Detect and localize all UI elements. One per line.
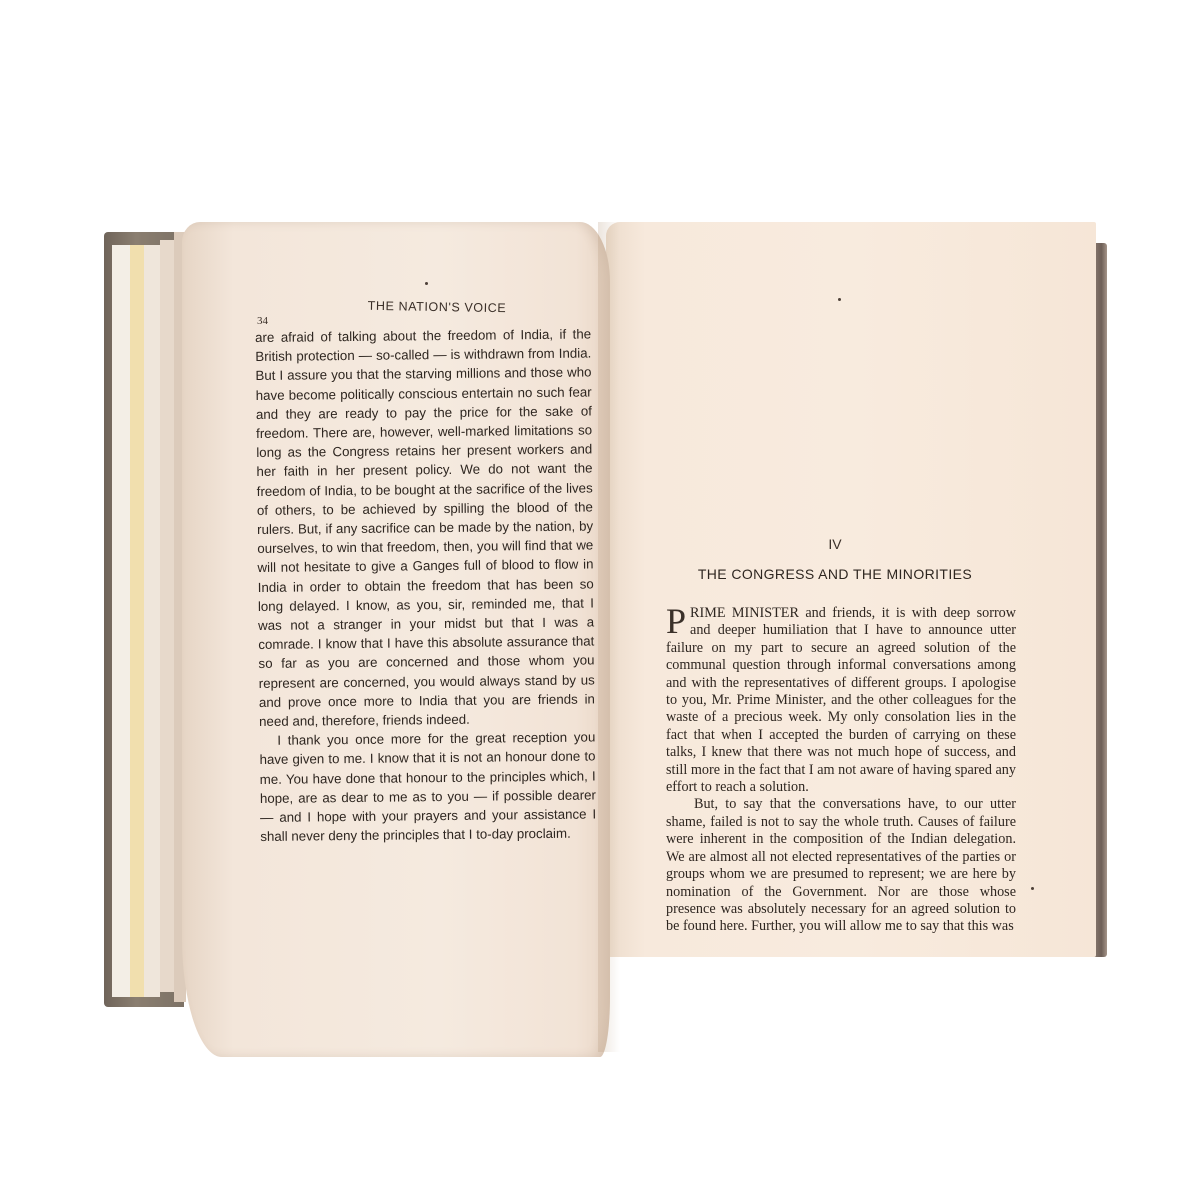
- left-page-body: are afraid of talking about the freedom …: [255, 324, 596, 846]
- paragraph: PRIME MINISTER and friends, it is with d…: [666, 605, 1016, 796]
- paragraph-text: and friends, it is with deep sorrow and …: [666, 605, 1016, 795]
- page-edge: [130, 245, 144, 997]
- page-edge: [160, 240, 174, 992]
- page-edge: [144, 245, 160, 997]
- book-gutter: [598, 222, 620, 1052]
- open-book: THE NATION'S VOICE 34 are afraid of talk…: [0, 0, 1200, 1200]
- paper-speck: [838, 298, 841, 301]
- paper-speck: [1031, 887, 1034, 890]
- paragraph: I thank you once more for the great rece…: [259, 728, 596, 847]
- paragraph: are afraid of talking about the freedom …: [255, 324, 595, 731]
- chapter-number: IV: [630, 536, 1040, 552]
- paper-speck: [425, 282, 428, 285]
- page-number: 34: [257, 315, 268, 327]
- opening-smallcaps: RIME MINISTER: [690, 605, 799, 621]
- right-page-body: PRIME MINISTER and friends, it is with d…: [666, 605, 1016, 936]
- chapter-title: THE CONGRESS AND THE MINORITIES: [630, 566, 1040, 582]
- page-edge: [112, 245, 130, 997]
- drop-cap: P: [666, 606, 686, 636]
- paragraph: But, to say that the conversations have,…: [666, 796, 1016, 935]
